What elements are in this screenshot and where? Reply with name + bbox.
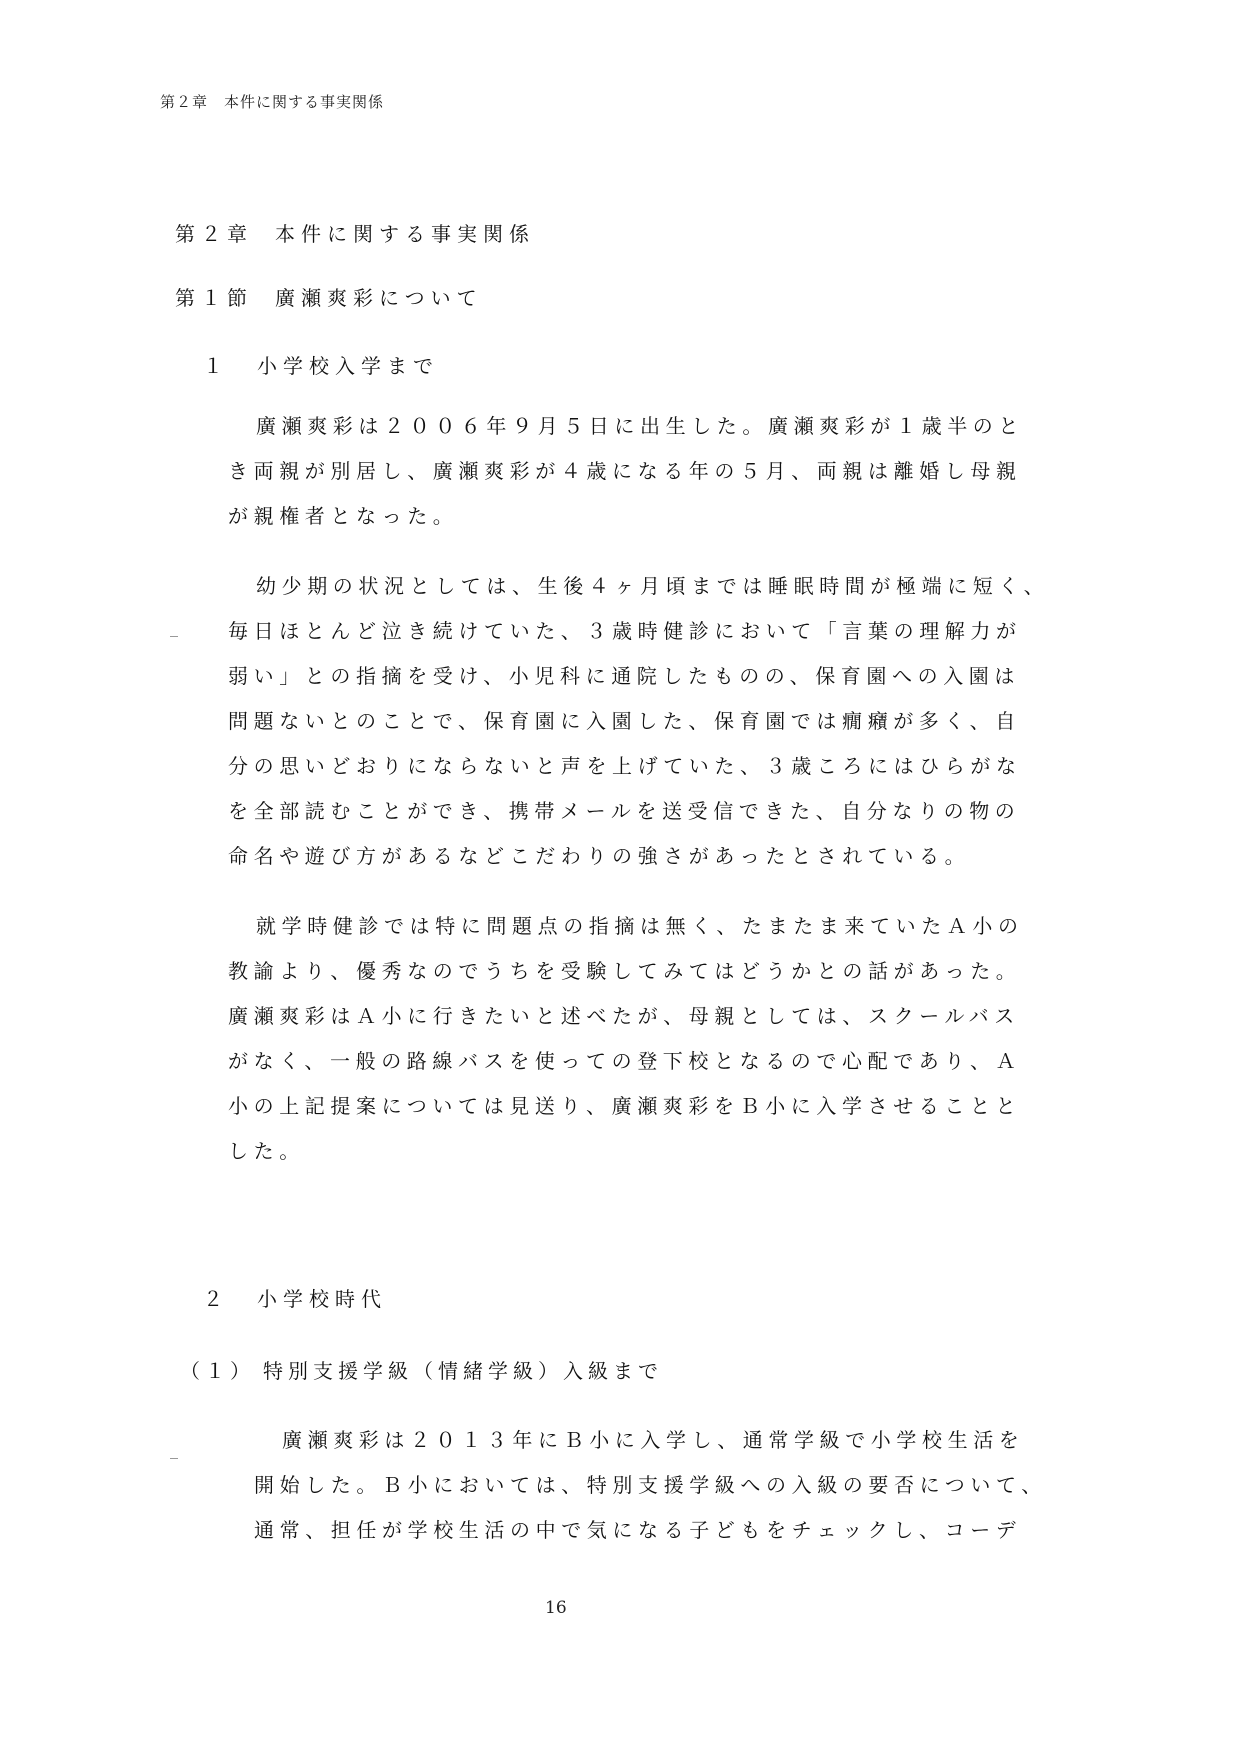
margin-mark	[170, 1458, 178, 1459]
text-line: 開始した。Ｂ小においては、特別支援学級への入級の要否について、	[254, 1463, 1054, 1508]
paragraph-early-childhood: 幼少期の状況としては、生後４ヶ月頃までは睡眠時間が極端に短く、 毎日ほとんど泣き…	[228, 564, 1058, 879]
text-line: 廣瀬爽彩は２００６年９月５日に出生した。廣瀬爽彩が１歳半のと	[228, 404, 1058, 449]
text-line: した。	[228, 1129, 1058, 1174]
paragraph-birth: 廣瀬爽彩は２００６年９月５日に出生した。廣瀬爽彩が１歳半のと き両親が別居し、廣…	[228, 404, 1058, 539]
text-line: 通常、担任が学校生活の中で気になる子どもをチェックし、コーデ	[254, 1508, 1054, 1553]
text-line: が親権者となった。	[228, 494, 1058, 539]
item-number: （１）	[180, 1355, 255, 1384]
text-line: 就学時健診では特に問題点の指摘は無く、たまたま来ていたＡ小の	[228, 904, 1058, 949]
document-page: 第２章 本件に関する事実関係 第２章本件に関する事実関係 第１節廣瀬爽彩について…	[0, 0, 1239, 1754]
text-line: がなく、一般の路線バスを使っての登下校となるので心配であり、Ａ	[228, 1039, 1058, 1084]
section-number: 第１節	[175, 282, 253, 311]
subsection-number: ２	[203, 1283, 229, 1312]
text-line: き両親が別居し、廣瀬爽彩が４歳になる年の５月、両親は離婚し母親	[228, 449, 1058, 494]
text-line: 分の思いどおりにならないと声を上げていた、３歳ころにはひらがな	[228, 744, 1058, 789]
page-number: 16	[545, 1598, 567, 1618]
text-line: 小の上記提案については見送り、廣瀬爽彩をＢ小に入学させることと	[228, 1084, 1058, 1129]
text-line: を全部読むことができ、携帯メールを送受信できた、自分なりの物の	[228, 789, 1058, 834]
chapter-title: 本件に関する事実関係	[275, 222, 535, 246]
text-line: 弱い」との指摘を受け、小児科に通院したものの、保育園への入園は	[228, 654, 1058, 699]
section-heading: 第１節廣瀬爽彩について	[175, 282, 483, 311]
text-line: 幼少期の状況としては、生後４ヶ月頃までは睡眠時間が極端に短く、	[228, 564, 1058, 609]
text-line: 毎日ほとんど泣き続けていた、３歳時健診において「言葉の理解力が	[228, 609, 1058, 654]
subsection-heading-2: ２小学校時代	[203, 1283, 387, 1312]
item-heading-1: （１）特別支援学級（情緒学級）入級まで	[180, 1355, 663, 1384]
text-line: 廣瀬爽彩は２０１３年にＢ小に入学し、通常学級で小学校生活を	[254, 1418, 1054, 1463]
subsection-number: １	[203, 350, 229, 379]
chapter-number: 第２章	[175, 218, 253, 247]
margin-mark	[170, 636, 178, 637]
paragraph-elementary-start: 廣瀬爽彩は２０１３年にＢ小に入学し、通常学級で小学校生活を 開始した。Ｂ小におい…	[254, 1418, 1054, 1553]
running-header: 第２章 本件に関する事実関係	[160, 91, 384, 112]
subsection-heading-1: １小学校入学まで	[203, 350, 439, 379]
chapter-heading: 第２章本件に関する事実関係	[175, 218, 535, 247]
text-line: 教諭より、優秀なのでうちを受験してみてはどうかとの話があった。	[228, 949, 1058, 994]
text-line: 問題ないとのことで、保育園に入園した、保育園では癇癪が多く、自	[228, 699, 1058, 744]
text-line: 廣瀬爽彩はＡ小に行きたいと述べたが、母親としては、スクールバス	[228, 994, 1058, 1039]
item-title: 特別支援学級（情緒学級）入級まで	[263, 1359, 663, 1383]
subsection-title: 小学校時代	[257, 1287, 387, 1311]
subsection-title: 小学校入学まで	[257, 354, 439, 378]
text-line: 命名や遊び方があるなどこだわりの強さがあったとされている。	[228, 834, 1058, 879]
section-title: 廣瀬爽彩について	[275, 286, 483, 310]
paragraph-school-entry: 就学時健診では特に問題点の指摘は無く、たまたま来ていたＡ小の 教諭より、優秀なの…	[228, 904, 1058, 1174]
